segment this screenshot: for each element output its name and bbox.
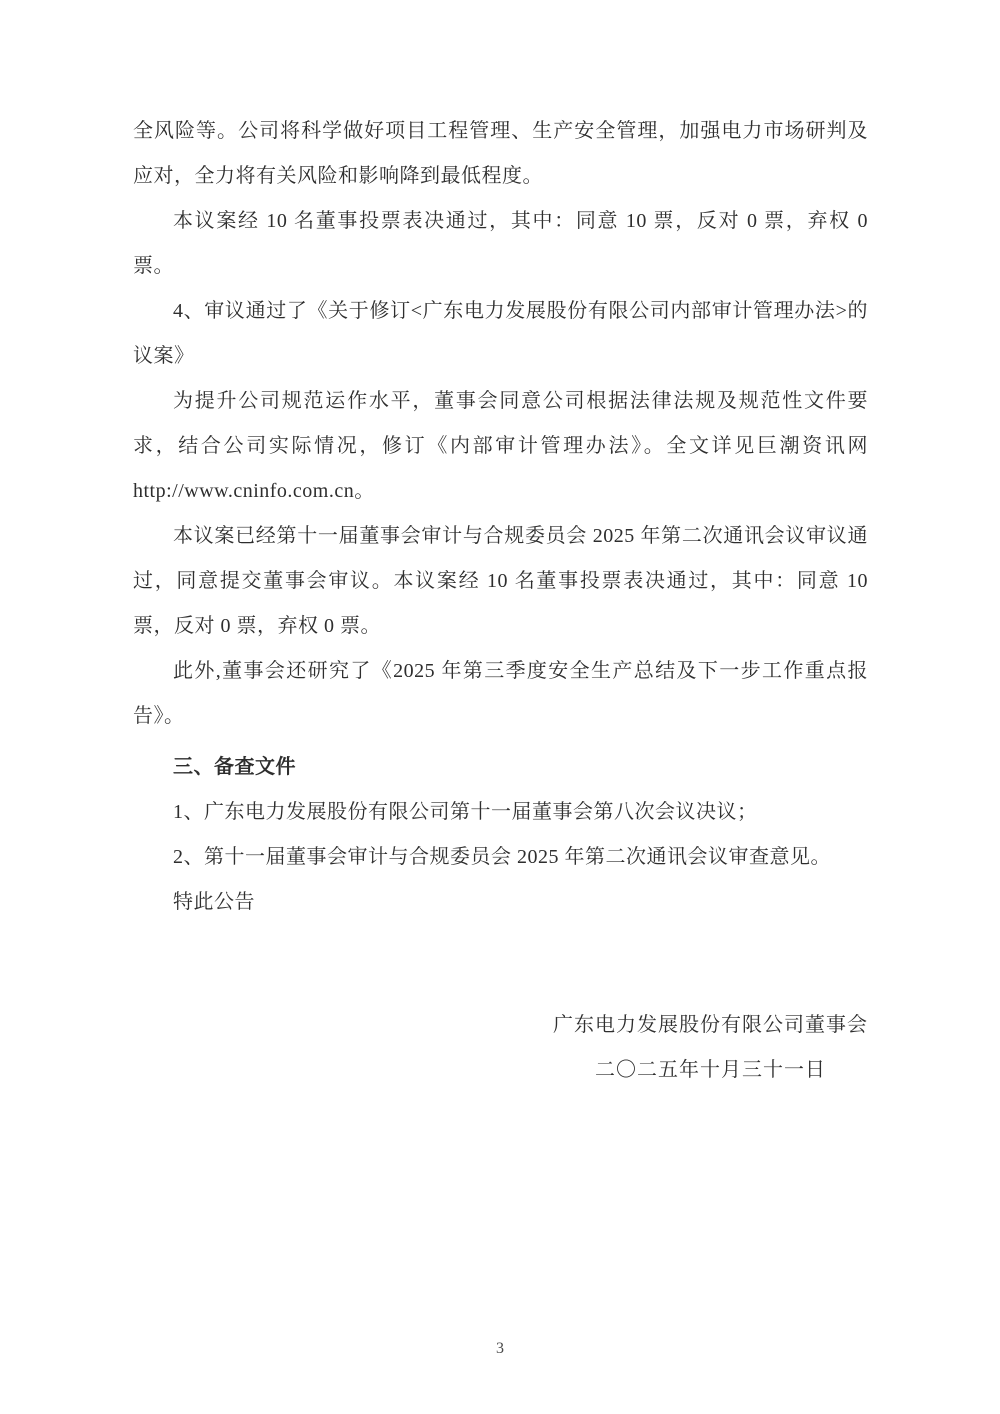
paragraph-item4-vote-result: 本议案已经第十一届董事会审计与合规委员会 2025 年第二次通讯会议审议通过，同… [133, 514, 868, 649]
section-heading-reference-documents: 三、备查文件 [133, 745, 868, 790]
closing-statement: 特此公告 [133, 880, 868, 925]
signature-company-name: 广东电力发展股份有限公司董事会 [553, 1003, 868, 1048]
paragraph-item4-title: 4、审议通过了《关于修订<广东电力发展股份有限公司内部审计管理办法>的议案》 [133, 289, 868, 379]
page-footer: 3 [0, 1340, 1000, 1358]
paragraph-risk-continuation: 全风险等。公司将科学做好项目工程管理、生产安全管理，加强电力市场研判及应对，全力… [133, 109, 868, 199]
page-number: 3 [496, 1340, 504, 1357]
signature-block: 广东电力发展股份有限公司董事会 二〇二五年十月三十一日 [553, 1003, 868, 1093]
announcement-body: 全风险等。公司将科学做好项目工程管理、生产安全管理，加强电力市场研判及应对，全力… [133, 109, 868, 1093]
document-page: 全风险等。公司将科学做好项目工程管理、生产安全管理，加强电力市场研判及应对，全力… [0, 0, 1000, 1414]
reference-item-2: 2、第十一届董事会审计与合规委员会 2025 年第二次通讯会议审查意见。 [133, 835, 868, 880]
reference-item-1: 1、广东电力发展股份有限公司第十一届董事会第八次会议决议； [133, 790, 868, 835]
signature-date: 二〇二五年十月三十一日 [595, 1048, 826, 1093]
paragraph-vote-result-item3: 本议案经 10 名董事投票表决通过，其中：同意 10 票，反对 0 票，弃权 0… [133, 199, 868, 289]
paragraph-item4-body: 为提升公司规范运作水平，董事会同意公司根据法律法规及规范性文件要求，结合公司实际… [133, 379, 868, 514]
paragraph-additional-study-note: 此外,董事会还研究了《2025 年第三季度安全生产总结及下一步工作重点报告》。 [133, 649, 868, 739]
